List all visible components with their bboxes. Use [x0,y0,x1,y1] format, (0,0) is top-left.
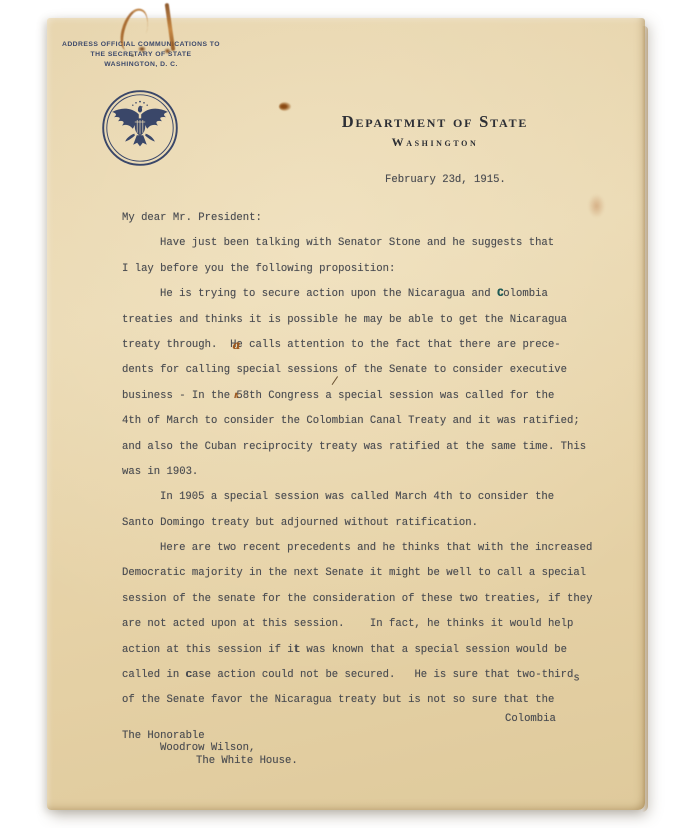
address-note-line: WASHINGTON, D. C. [59,60,223,70]
recipient-address-line: The Honorable [122,730,298,742]
address-note-line: ADDRESS OFFICIAL COMMUNICATIONS TO [59,40,223,50]
ink-spot-stain [279,102,291,111]
body-line: He is trying to secure action upon the N… [122,282,627,307]
letterhead-masthead: Department of State Washington [335,112,535,150]
body-line: of the Senate favor the Nicaragua treaty… [122,688,627,713]
paper-speck [131,54,134,57]
catchword: Colombia [505,713,556,725]
body-line: called in case action could not be secur… [122,663,627,688]
body-line: Democratic majority in the next Senate i… [122,561,627,586]
body-line: treaties and thinks it is possible he ma… [122,308,627,333]
recipient-address-line: The White House. [122,755,298,767]
scanned-letter-photo: { "colors": { "page-bg": "#ffffff", "ink… [0,0,688,828]
body-line: Santo Domingo treaty but adjourned witho… [122,511,627,536]
paper-speck [142,51,144,53]
recipient-address-line: Woodrow Wilson, [122,742,298,754]
body-line: was in 1903. [122,460,627,485]
address-note-line: THE SECRETARY OF STATE [59,50,223,60]
body-line: are not acted upon at this session. In f… [122,612,627,637]
body-line: Have just been talking with Senator Ston… [122,231,627,256]
body-line: dents for calling a∧special sessions of … [122,358,627,383]
date-line: February 23d, 1915. [385,174,506,186]
letter-paper: ADDRESS OFFICIAL COMMUNICATIONS TOTHE SE… [47,18,645,810]
body-line: I lay before you the following propositi… [122,257,627,282]
body-line: My dear Mr. President: [122,206,627,231]
city-subtitle: Washington [335,135,535,150]
body-line: session of the senate for the considerat… [122,587,627,612]
body-line: In 1905 a special session was called Mar… [122,485,627,510]
body-line: Here are two recent precedents and he th… [122,536,627,561]
faint-smudge-stain [588,194,605,218]
body-line: and also the Cuban reciprocity treaty wa… [122,435,627,460]
body-line: business - In the 58th Congress a specia… [122,384,627,409]
letterhead-address-note: ADDRESS OFFICIAL COMMUNICATIONS TOTHE SE… [59,40,223,70]
department-title: Department of State [335,112,535,132]
body-line: 4th of March to consider the Colombian C… [122,409,627,434]
body-line: treaty through. He calls attention to th… [122,333,627,358]
body-line: action at this session if it was known t… [122,638,627,663]
recipient-address: The HonorableWoodrow Wilson,The White Ho… [122,730,298,767]
great-seal-icon [100,88,180,168]
letter-body: My dear Mr. President:Have just been tal… [122,206,627,714]
